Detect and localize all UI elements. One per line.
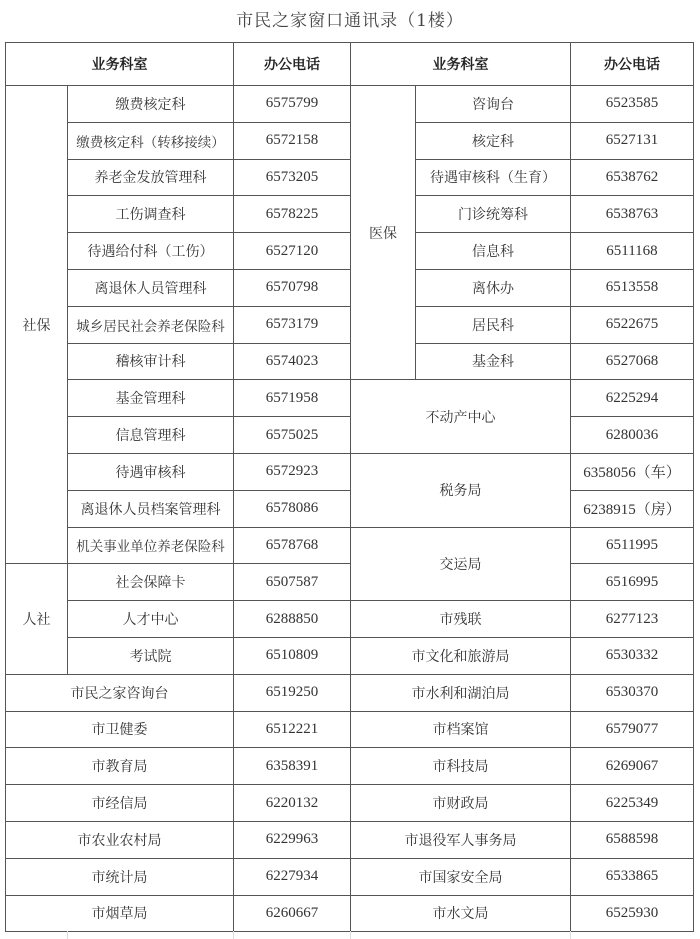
phone-cell: 6519250 (234, 674, 351, 711)
dept-cell: 市水文局 (351, 895, 571, 932)
dept-cell: 市统计局 (6, 858, 234, 895)
phone-cell: 6570798 (234, 269, 351, 306)
table-row: 市民之家咨询台 6519250 市水利和湖泊局 6530370 (6, 674, 694, 711)
dept-cell-jiaoyun: 交运局 (351, 527, 571, 601)
phone-cell: 6523585 (571, 86, 694, 123)
dept-cell: 机关事业单位养老保险科 (68, 527, 234, 564)
table-row: 市烟草局 6260667 市水文局 6525930 (6, 895, 694, 932)
dept-cell: 门诊统筹科 (416, 196, 571, 233)
table-row: 考试院 6510809 市文化和旅游局 6530332 (6, 637, 694, 674)
phone-cell: 6280036 (571, 417, 694, 454)
dept-cell: 基金管理科 (68, 380, 234, 417)
header-phone-left: 办公电话 (234, 43, 351, 86)
phone-cell: 6530332 (571, 637, 694, 674)
phone-cell: 6288850 (234, 601, 351, 638)
phone-cell: 6513558 (571, 269, 694, 306)
phone-cell: 6227934 (234, 858, 351, 895)
table-row: 信息管理科 6575025 6280036 (6, 417, 694, 454)
dept-cell: 市档案馆 (351, 711, 571, 748)
phone-cell: 6358391 (234, 748, 351, 785)
table-row: 市教育局 6358391 市科技局 6269067 (6, 748, 694, 785)
phone-cell: 6573205 (234, 159, 351, 196)
dept-cell: 市退役军人事务局 (351, 821, 571, 858)
divider (570, 931, 571, 939)
phone-cell: 6507587 (234, 564, 351, 601)
divider (233, 931, 234, 939)
dept-cell: 稽核审计科 (68, 343, 234, 380)
dept-cell: 市烟草局 (6, 895, 234, 932)
phone-cell: 6510809 (234, 637, 351, 674)
divider (67, 931, 68, 939)
table-row: 离退休人员管理科 6570798 离休办 6513558 (6, 269, 694, 306)
phone-cell: 6571958 (234, 380, 351, 417)
phone-cell: 6538762 (571, 159, 694, 196)
table-row: 离退休人员档案管理科 6578086 6238915（房） (6, 490, 694, 527)
dept-cell-shuiwu: 税务局 (351, 453, 571, 527)
phone-cell: 6225294 (571, 380, 694, 417)
table-row: 人社 社会保障卡 6507587 6516995 (6, 564, 694, 601)
dept-cell: 市财政局 (351, 785, 571, 822)
table-row: 市农业农村局 6229963 市退役军人事务局 6588598 (6, 821, 694, 858)
phone-cell: 6225349 (571, 785, 694, 822)
phone-cell: 6220132 (234, 785, 351, 822)
dept-cell: 咨询台 (416, 86, 571, 123)
dept-cell: 工伤调查科 (68, 196, 234, 233)
phone-cell: 6527120 (234, 233, 351, 270)
header-dept-left: 业务科室 (6, 43, 234, 86)
table-row: 市卫健委 6512221 市档案馆 6579077 (6, 711, 694, 748)
dept-cell: 市教育局 (6, 748, 234, 785)
dept-cell: 城乡居民社会养老保险科 (68, 306, 234, 343)
phone-cell: 6575025 (234, 417, 351, 454)
table-row: 待遇给付科（工伤） 6527120 信息科 6511168 (6, 233, 694, 270)
dept-cell: 缴费核定科 (68, 86, 234, 123)
dept-cell: 待遇审核科（生育） (416, 159, 571, 196)
table-row: 市统计局 6227934 市国家安全局 6533865 (6, 858, 694, 895)
dept-cell: 缴费核定科（转移接续） (68, 122, 234, 159)
header-phone-right: 办公电话 (571, 43, 694, 86)
table-row: 养老金发放管理科 6573205 待遇审核科（生育） 6538762 (6, 159, 694, 196)
phone-cell: 6516995 (571, 564, 694, 601)
dept-cell: 考试院 (68, 637, 234, 674)
dept-cell: 居民科 (416, 306, 571, 343)
phone-cell: 6527131 (571, 122, 694, 159)
phone-cell: 6578086 (234, 490, 351, 527)
dept-cell: 市水利和湖泊局 (351, 674, 571, 711)
phone-cell: 6579077 (571, 711, 694, 748)
dept-cell: 社会保障卡 (68, 564, 234, 601)
phone-cell: 6358056（车） (571, 453, 694, 490)
table-row: 待遇审核科 6572923 税务局 6358056（车） (6, 453, 694, 490)
phone-cell: 6572158 (234, 122, 351, 159)
table-row: 稽核审计科 6574023 基金科 6527068 (6, 343, 694, 380)
phone-cell: 6229963 (234, 821, 351, 858)
phone-cell: 6512221 (234, 711, 351, 748)
dept-cell: 市卫健委 (6, 711, 234, 748)
phone-cell: 6574023 (234, 343, 351, 380)
table-row: 缴费核定科（转移接续） 6572158 核定科 6527131 (6, 122, 694, 159)
dept-cell: 基金科 (416, 343, 571, 380)
dept-cell: 养老金发放管理科 (68, 159, 234, 196)
phone-cell: 6530370 (571, 674, 694, 711)
dept-cell: 人才中心 (68, 601, 234, 638)
phone-cell: 6525930 (571, 895, 694, 932)
dept-cell: 信息科 (416, 233, 571, 270)
phone-cell: 6277123 (571, 601, 694, 638)
table-row: 机关事业单位养老保险科 6578768 交运局 6511995 (6, 527, 694, 564)
phone-cell: 6533865 (571, 858, 694, 895)
phone-cell: 6269067 (571, 748, 694, 785)
dept-cell-budongchan: 不动产中心 (351, 380, 571, 454)
dept-cell: 市农业农村局 (6, 821, 234, 858)
phone-cell: 6260667 (234, 895, 351, 932)
next-table-edge (5, 931, 693, 939)
phone-cell: 6538763 (571, 196, 694, 233)
phone-cell: 6578225 (234, 196, 351, 233)
dept-cell: 市民之家咨询台 (6, 674, 234, 711)
dept-cell: 离退休人员档案管理科 (68, 490, 234, 527)
dept-cell: 市残联 (351, 601, 571, 638)
header-row: 业务科室 办公电话 业务科室 办公电话 (6, 43, 694, 86)
group-label-yibao: 医保 (351, 86, 416, 380)
table-row: 城乡居民社会养老保险科 6573179 居民科 6522675 (6, 306, 694, 343)
group-label-shebao: 社保 (6, 86, 68, 564)
dept-cell: 市国家安全局 (351, 858, 571, 895)
phone-cell: 6588598 (571, 821, 694, 858)
dept-cell: 市科技局 (351, 748, 571, 785)
phone-cell: 6527068 (571, 343, 694, 380)
dept-cell: 待遇给付科（工伤） (68, 233, 234, 270)
dept-cell: 市文化和旅游局 (351, 637, 571, 674)
table-row: 工伤调查科 6578225 门诊统筹科 6538763 (6, 196, 694, 233)
phone-cell: 6578768 (234, 527, 351, 564)
directory-table: 业务科室 办公电话 业务科室 办公电话 社保 缴费核定科 6575799 医保 … (5, 42, 694, 932)
dept-cell: 离退休人员管理科 (68, 269, 234, 306)
phone-cell: 6511168 (571, 233, 694, 270)
table-row: 基金管理科 6571958 不动产中心 6225294 (6, 380, 694, 417)
header-dept-right: 业务科室 (351, 43, 571, 86)
dept-cell: 信息管理科 (68, 417, 234, 454)
table-row: 社保 缴费核定科 6575799 医保 咨询台 6523585 (6, 86, 694, 123)
phone-cell: 6522675 (571, 306, 694, 343)
phone-cell: 6572923 (234, 453, 351, 490)
divider (350, 931, 351, 939)
dept-cell: 核定科 (416, 122, 571, 159)
phone-cell: 6573179 (234, 306, 351, 343)
group-label-renshe: 人社 (6, 564, 68, 674)
dept-cell: 离休办 (416, 269, 571, 306)
table-row: 人才中心 6288850 市残联 6277123 (6, 601, 694, 638)
dept-cell: 待遇审核科 (68, 453, 234, 490)
phone-cell: 6511995 (571, 527, 694, 564)
page-title: 市民之家窗口通讯录（1楼） (0, 6, 700, 31)
phone-cell: 6238915（房） (571, 490, 694, 527)
table-row: 市经信局 6220132 市财政局 6225349 (6, 785, 694, 822)
phone-cell: 6575799 (234, 86, 351, 123)
dept-cell: 市经信局 (6, 785, 234, 822)
